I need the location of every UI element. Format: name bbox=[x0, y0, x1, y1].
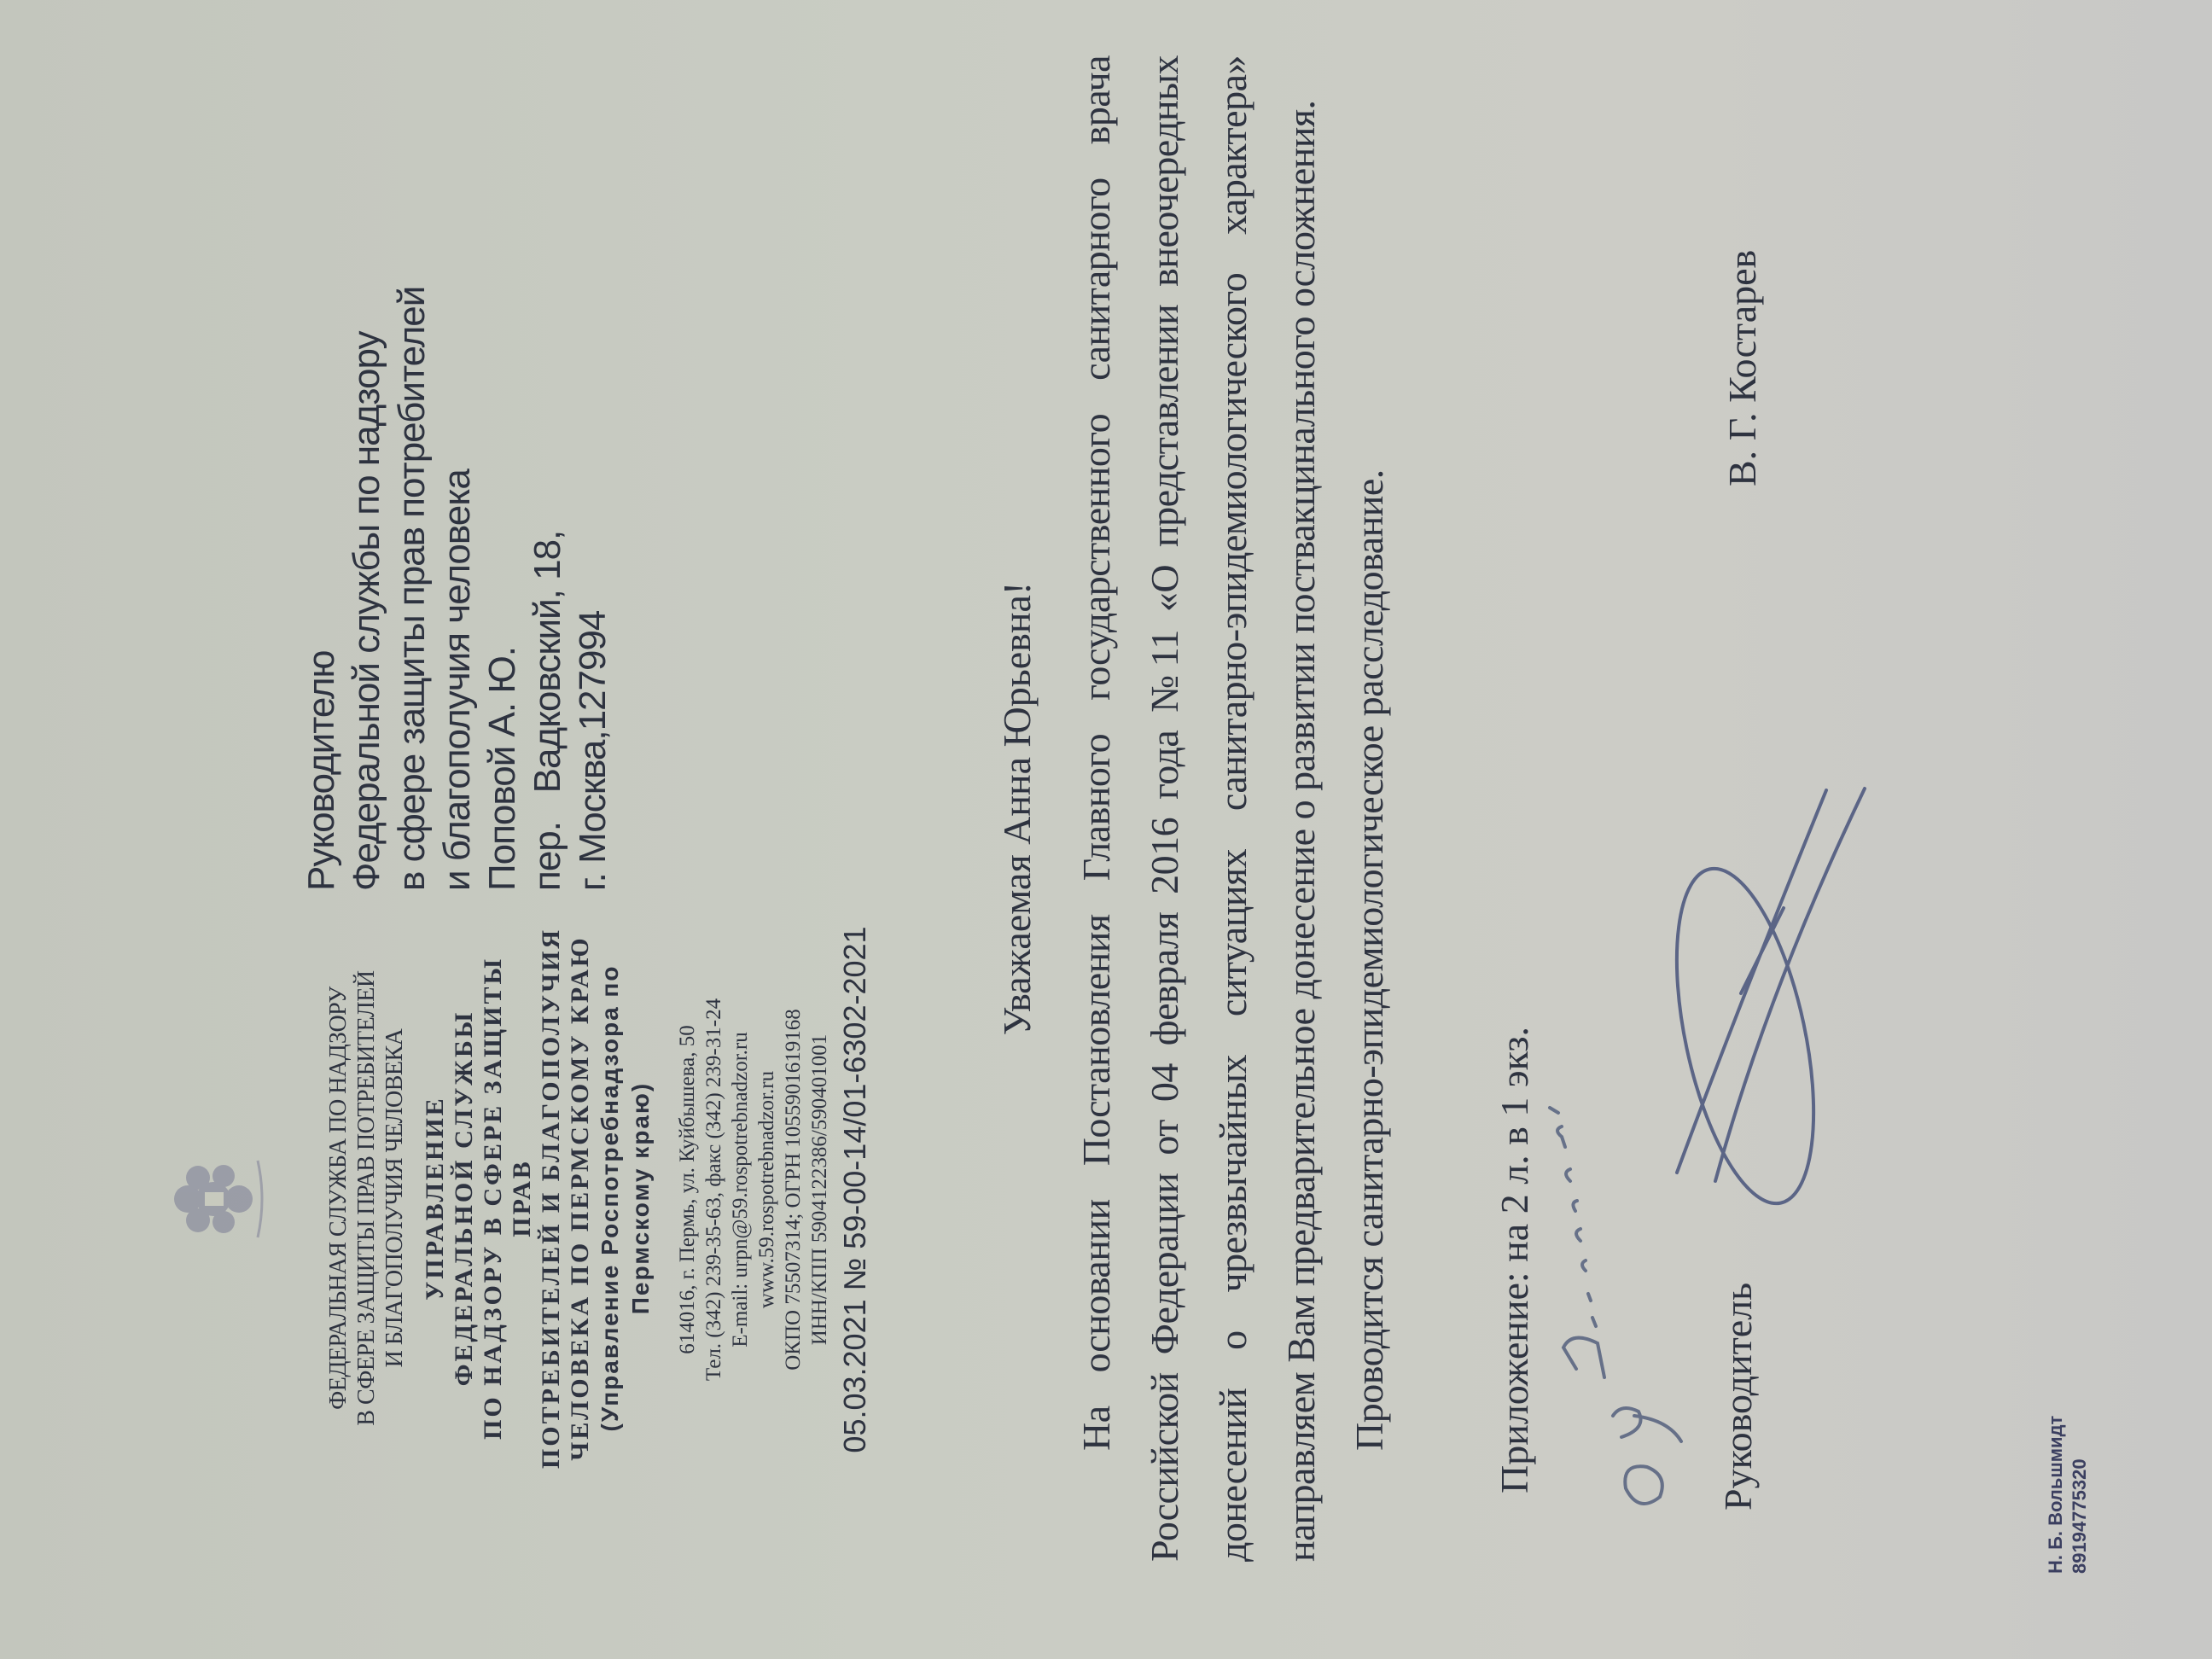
sender-contacts: 614016, г. Пермь, ул. Куйбышева, 50 Тел.… bbox=[674, 917, 872, 1463]
body-paragraph: На основании Постановления Главного госу… bbox=[1062, 55, 1336, 1562]
email-line: E-mail: urpn@59.rospotrebnadzor.ru bbox=[727, 917, 754, 1463]
letter-body: На основании Постановления Главного госу… bbox=[1062, 55, 1404, 1562]
phone-line: Тел. (342) 239-35-63, факс (342) 239-31-… bbox=[701, 917, 727, 1463]
greeting: Уважаемая Анна Юрьевна! bbox=[994, 55, 1039, 1562]
website-line: www.59.rospotrebnadzor.ru bbox=[754, 917, 780, 1463]
department-short-name: (Управление Роспотребнадзора по Пермском… bbox=[595, 917, 656, 1480]
signatory-title: Руководитель bbox=[1715, 1283, 1761, 1511]
executor-name: Н. Б. Вольшмидт bbox=[2044, 1416, 2068, 1574]
department-name: ФЕДЕРАЛЬНОЙ СЛУЖБЫ ПО НАДЗОРУ В СФЕРЕ ЗА… bbox=[450, 917, 595, 1480]
inn-kpp-line: ИНН/КПП 5904122386/590401001 bbox=[806, 917, 833, 1463]
signatory-name: В. Г. Костарев bbox=[1720, 250, 1765, 486]
agency-name: ФЕДЕРАЛЬНАЯ СЛУЖБА ПО НАДЗОРУ В СФЕРЕ ЗА… bbox=[324, 917, 409, 1480]
attachment-note: Приложение: на 2 л. в 1 экз. bbox=[1492, 1027, 1537, 1493]
coat-of-arms-icon bbox=[162, 1152, 265, 1246]
body-paragraph: Проводится санитарно-эпидемиологическое … bbox=[1336, 55, 1404, 1562]
registration-number: 05.03.2021 № 59-00-14/01-6302-2021 bbox=[838, 917, 872, 1463]
address-line: 614016, г. Пермь, ул. Куйбышева, 50 bbox=[674, 917, 701, 1463]
sender-header: ФЕДЕРАЛЬНАЯ СЛУЖБА ПО НАДЗОРУ В СФЕРЕ ЗА… bbox=[324, 917, 656, 1480]
letter-page: ФЕДЕРАЛЬНАЯ СЛУЖБА ПО НАДЗОРУ В СФЕРЕ ЗА… bbox=[0, 0, 2212, 1659]
department-title: УПРАВЛЕНИЕ bbox=[421, 917, 450, 1480]
handwritten-note-icon bbox=[1550, 1108, 1681, 1504]
okpo-ogrn-line: ОКПО 75507314; ОГРН 1055901619168 bbox=[780, 917, 806, 1463]
recipient-block: Руководителю Федеральной службы по надзо… bbox=[299, 123, 615, 891]
executor-info: Н. Б. Вольшмидт 89194775320 bbox=[2044, 1416, 2092, 1574]
handwritten-signature-icon bbox=[1651, 789, 1865, 1215]
executor-phone: 89194775320 bbox=[2068, 1416, 2092, 1574]
